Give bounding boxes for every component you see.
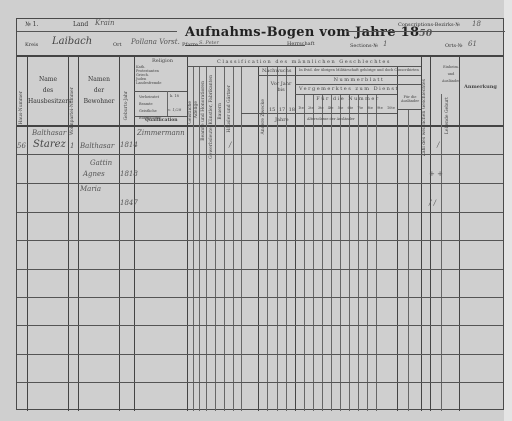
row-line: [17, 354, 503, 355]
bewohner-2a: Gattin: [90, 159, 112, 167]
header-subline: [295, 84, 421, 85]
weiblich-mark-3: / /: [429, 199, 436, 207]
col-wohnpartei: Wohnpartei-Nummer: [70, 87, 75, 135]
class-adelige: Adelige: [194, 101, 199, 118]
land-label: Land: [73, 21, 88, 28]
zahl-weiblich: Zahl des weiblichen Geschlechtes: [422, 79, 427, 156]
einheim-line2: und: [442, 71, 460, 78]
geburtsjahr-2: 1818: [120, 170, 138, 178]
nachwuchs-header: Nachwuchs: [262, 68, 291, 74]
form-title-text: Aufnahms-Bogen vom Jahre 18: [185, 25, 419, 40]
grid-line: [304, 94, 305, 411]
number-col: 5te: [338, 106, 344, 110]
number-col: 1te: [298, 106, 304, 110]
col-line-2: [68, 56, 69, 411]
pfarre-label: Pfarre: [182, 42, 198, 48]
andere-zwecke: Andere Zwecke: [261, 99, 266, 135]
herrschaft-label: Herrschaft: [287, 41, 315, 47]
vergemerktes-header: Vergemerktes zum Dienst: [299, 86, 397, 92]
col-hausbesitzer-line2: des: [28, 85, 68, 96]
weiblich-mark-1: /: [437, 141, 439, 149]
row-line: [17, 183, 503, 184]
col-hausbesitzer-line3: Hausbesitzers: [28, 96, 68, 107]
grid-line: [224, 66, 225, 411]
orts-value: 61: [468, 40, 477, 48]
von-jahre-line2: bis: [269, 87, 293, 93]
number-col: 8te: [367, 106, 373, 110]
grid-line: [322, 94, 323, 411]
lebende-geburt: Lebende Geburt: [445, 97, 450, 134]
stand-header-value: k. 18: [170, 94, 179, 98]
row-line: [17, 269, 503, 270]
grid-line: [331, 94, 332, 411]
header-subline: [295, 113, 397, 114]
number-col: 3te: [318, 106, 324, 110]
qualification-1: Zimmermann: [137, 129, 185, 137]
form-title: Aufnahms-Bogen vom Jahre 1850: [185, 25, 432, 40]
grid-line: [258, 66, 259, 411]
kreis-value: Laibach: [52, 36, 92, 47]
religion-title: Religion: [152, 58, 173, 64]
altersklasse-label: Altersclasse der Ausländer: [307, 117, 355, 121]
jahre-label: Jahre: [275, 117, 289, 123]
grid-line: [215, 66, 216, 411]
header-rule-right: [347, 31, 505, 32]
bewohner-1: Balthasar: [80, 142, 114, 150]
number-col: 4te: [328, 106, 334, 110]
col-line-3: [78, 56, 79, 411]
row-line: [17, 382, 503, 383]
grid-line: [459, 56, 460, 411]
kreis-label: Kreis: [25, 42, 38, 48]
nummernblatt-header: Nummerblatt: [299, 77, 419, 83]
class-beamte: Beamte und Honoratioren: [201, 81, 206, 141]
einheim-line1: Einheim.: [442, 64, 460, 71]
col-line-5: [134, 56, 135, 411]
stand-value: v. 1/28: [168, 107, 181, 112]
grid-line: [397, 66, 398, 411]
header-subline: [295, 94, 397, 95]
grid-line: [340, 94, 341, 411]
age-col: 17: [279, 107, 285, 113]
conscription-value: 18: [472, 20, 481, 28]
row-line: [17, 240, 503, 241]
class-haeusler: Häusler und Gärtner: [227, 85, 232, 133]
bewohner-3: Maria: [80, 185, 101, 193]
classification-mark-1: /: [229, 141, 231, 149]
age-col: 15: [269, 107, 275, 113]
einheim-line3: Ausländer: [442, 78, 460, 85]
grid-line: [358, 94, 359, 411]
stand-row: Geistliche: [139, 108, 167, 115]
wohnpartei-value: 1: [70, 142, 74, 150]
grid-line: [367, 94, 368, 411]
number-col: 9te: [377, 106, 383, 110]
header-subline: [167, 91, 168, 116]
header-subline: [134, 91, 187, 92]
number-col: 10te: [387, 106, 395, 110]
geburtsjahr-1: 1814: [120, 141, 138, 149]
col-hausbesitzer-line1: Name: [28, 74, 68, 85]
von-jahre: Vor Jahr bis: [269, 81, 293, 93]
religion-label: Landesfremde: [136, 81, 161, 85]
class-gewerbe: Gewerbsleute, Künstler, Fabrikanten: [209, 75, 214, 159]
class-geistliche: Geistliche: [188, 101, 193, 124]
header-rule: [17, 31, 177, 32]
hausbesitzer-last: Starez: [33, 139, 66, 150]
bewohner-2b: Agnes: [83, 170, 105, 178]
qualification-header: Qualification: [145, 118, 178, 123]
sections-value: 1: [383, 40, 387, 48]
grid-line: [267, 66, 268, 411]
col-line-1: [27, 56, 28, 411]
stand-row: Beamte: [139, 101, 167, 108]
col-bewohner-line3: Bewohner: [79, 96, 119, 107]
orts-label: Orts-№: [445, 43, 463, 49]
col-bewohner-line2: der: [79, 85, 119, 96]
number-cols: 1te 2te 3te 4te 5te 6te 7te 8te 9te 10te: [296, 106, 397, 110]
haus-nummer-value: 56: [17, 142, 26, 150]
number-col: 6te: [347, 106, 353, 110]
number-col: 7te: [357, 106, 363, 110]
religion-table: Kath. Protestanten Griech. Juden Landesf…: [136, 65, 186, 85]
ort-label: Ort: [113, 42, 122, 48]
grid-line: [441, 94, 442, 411]
header-subline: [258, 75, 421, 76]
einheim-ausland-header: Einheim. und Ausländer: [442, 64, 460, 85]
grid-line: [376, 94, 377, 411]
row-line: [17, 297, 503, 298]
pfarre-value: S. Peter: [199, 40, 219, 46]
grid-line: [349, 94, 350, 411]
fuer-ausland-header: Für die Ausländer: [399, 95, 421, 103]
grid-line: [430, 56, 431, 411]
col-bewohner: Namen der Bewohner: [79, 74, 119, 107]
col-line-4: [119, 56, 120, 411]
religion-row: Landesfremde: [136, 81, 186, 85]
census-form: № 1. Land Krain Aufnahms-Bogen vom Jahre…: [16, 18, 504, 410]
stand-header: Verheiratet: [139, 94, 167, 101]
grid-line: [206, 66, 207, 411]
grid-line: [241, 66, 242, 411]
fuer-nummer-header: Für die Nummer: [299, 96, 397, 102]
class-bauern: Bauern: [218, 103, 223, 120]
header-subline: [397, 109, 421, 110]
col-geburtsjahr: Geburts-Jahr: [124, 91, 129, 120]
grid-line: [199, 66, 200, 411]
col-bewohner-line1: Namen: [79, 74, 119, 85]
conscription-label: Conscriptions-Bezirks-№: [398, 22, 460, 28]
evidenz-note: In Evid. der übrigen Militärschaft gehör…: [299, 68, 419, 72]
col-haus-nummer: Haus-Nummer: [19, 91, 24, 125]
row-line: [17, 325, 503, 326]
age-cols: 15 17 18: [269, 107, 295, 113]
header-subline: [187, 66, 421, 67]
grid-line: [295, 66, 296, 411]
grid-line: [313, 94, 314, 411]
row-line: [17, 212, 503, 213]
number-col: 2te: [308, 106, 314, 110]
sections-label: Sections-№: [350, 43, 378, 49]
hausbesitzer-first: Balthasar: [32, 129, 66, 137]
weiblich-mark-2: + +: [429, 170, 443, 178]
ort-value: Pollana Vorst.: [131, 38, 180, 46]
header-subline: [241, 113, 295, 114]
geburtsjahr-3: 1847: [120, 199, 138, 207]
grid-line: [233, 66, 234, 411]
col-hausbesitzer: Name des Hausbesitzers: [28, 74, 68, 107]
row-line: [17, 154, 503, 155]
classification-title: Classification des männlichen Geschlecht…: [189, 59, 419, 65]
anmerkung-header: Anmerkung: [464, 84, 497, 90]
form-number: № 1.: [25, 21, 38, 28]
paper-edge: [504, 0, 512, 421]
land-value: Krain: [95, 19, 115, 27]
age-col: 18: [289, 107, 295, 113]
